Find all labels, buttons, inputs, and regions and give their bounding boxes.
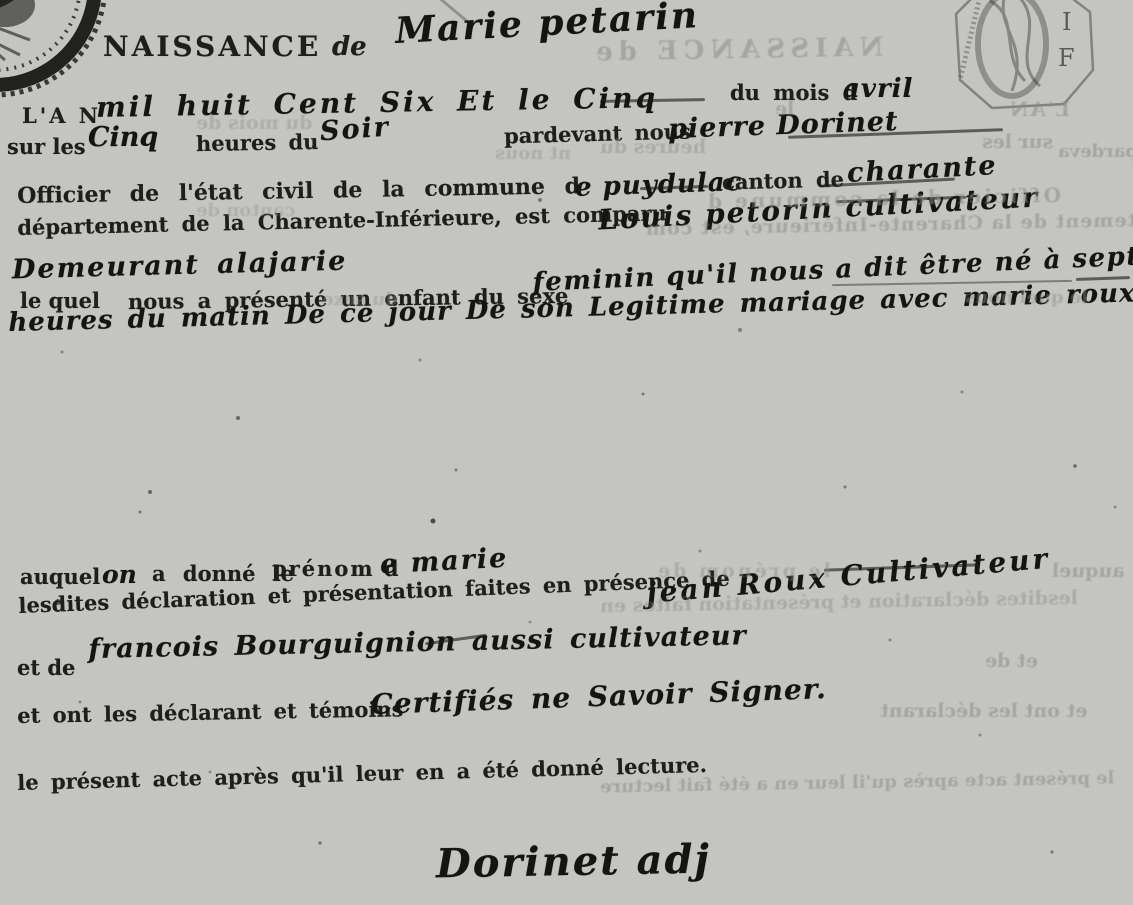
label-sur-les: sur les bbox=[7, 134, 86, 159]
handwritten-on: on bbox=[102, 560, 137, 589]
handwritten-soir: Soir bbox=[319, 112, 391, 148]
bleedthrough-text: L'AN bbox=[1008, 97, 1070, 121]
title-de: de bbox=[332, 32, 367, 62]
handwritten-residence: Demeurant alajarie bbox=[12, 246, 348, 286]
bleedthrough-text: du mois de bbox=[196, 112, 312, 134]
label-declarant-temoins: et ont les déclarant et témoins bbox=[17, 696, 404, 728]
bleedthrough-text: nt nous bbox=[495, 143, 571, 164]
bleedthrough-text: le quel nous bbox=[965, 287, 1088, 308]
octagonal-revenue-stamp: I F bbox=[950, 0, 1110, 112]
bleedthrough-text: sur les bbox=[982, 131, 1053, 153]
bleedthrough-text: le bbox=[775, 98, 794, 120]
bleedthrough-text: pardeva bbox=[1058, 141, 1133, 162]
bleedthrough-text: et de bbox=[985, 650, 1038, 672]
title-naissance: NAISSANCE bbox=[103, 30, 321, 63]
bleedthrough-text: heures du bbox=[600, 136, 706, 158]
handwritten-cannot-sign: Certifiés ne Savoir Signer. bbox=[370, 672, 827, 721]
handwritten-month: avril bbox=[843, 74, 913, 104]
stamp-letter-i: I bbox=[1062, 8, 1071, 36]
stamp-letter-f: F bbox=[1058, 44, 1075, 72]
scanned-birth-record-page: { "title": { "printed": "NAISSANCE", "co… bbox=[0, 0, 1133, 905]
officer-signature: Dorinet adj bbox=[436, 836, 712, 888]
bleedthrough-text: NAISSANCE de bbox=[590, 32, 884, 67]
bleedthrough-text: et ont les déclarant bbox=[880, 700, 1087, 722]
label-et-de: et de bbox=[17, 655, 75, 680]
bleedthrough-text: le prénom de bbox=[655, 560, 831, 582]
label-auquel: auquel bbox=[20, 564, 100, 589]
bleedthrough-text: canton de bbox=[196, 200, 295, 221]
handwritten-witness2: francois Bourguignion aussi cultivateur bbox=[88, 620, 747, 665]
bleedthrough-text: du sexe bbox=[322, 289, 398, 310]
handwritten-hour: Cinq bbox=[88, 122, 158, 153]
bleedthrough-text: auquel bbox=[1052, 560, 1125, 582]
